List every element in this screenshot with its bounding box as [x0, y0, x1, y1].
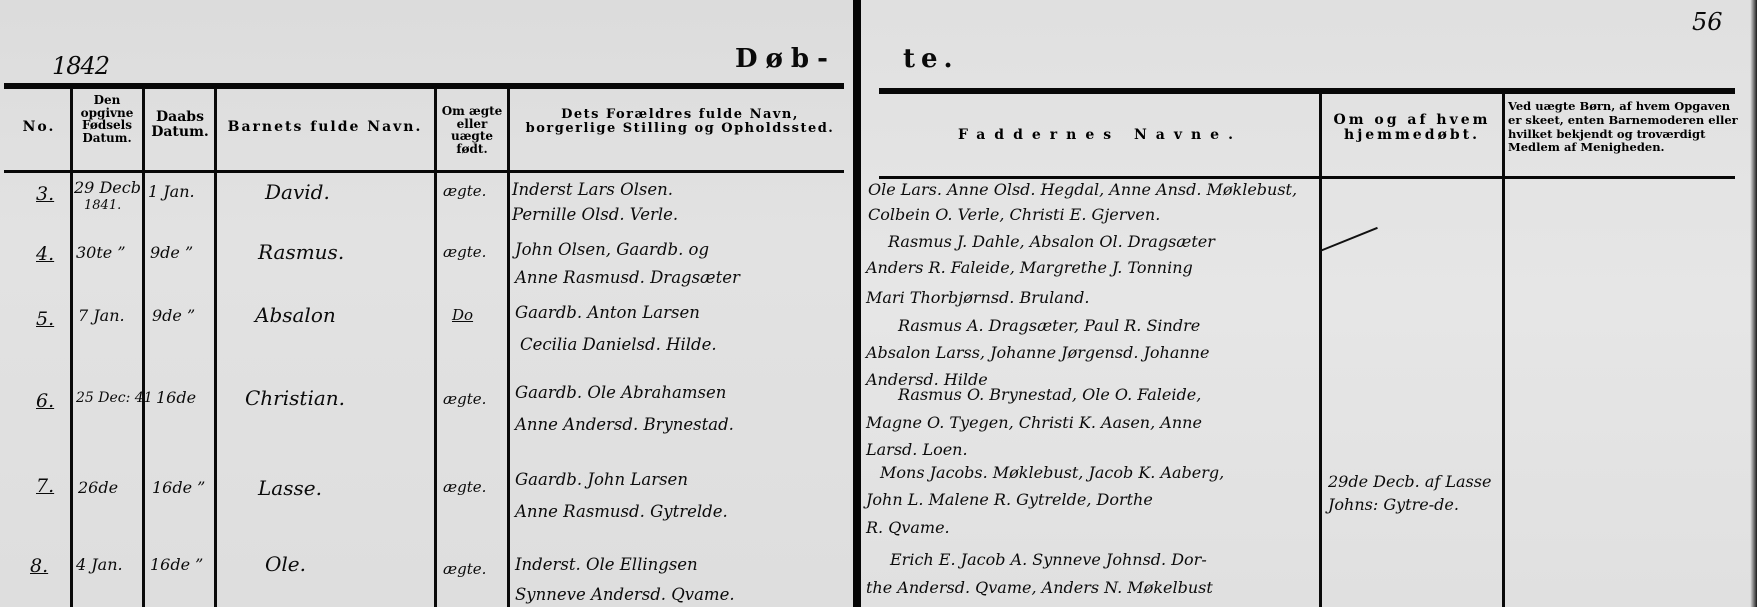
- parents-line1: Gaardb. John Larsen: [515, 470, 688, 489]
- column-divider: [70, 88, 73, 607]
- book-gutter: [853, 0, 861, 607]
- home-baptism-note: 29de Decb. af Lasse Johns: Gytre-de.: [1328, 470, 1498, 516]
- sponsors-line2: Magne O. Tyegen, Christi K. Aasen, Anne: [866, 413, 1202, 432]
- sponsors-line3: Mari Thorbjørnsd. Bruland.: [866, 288, 1089, 307]
- header-sponsors: Faddernes Navne.: [900, 128, 1300, 143]
- sponsors-line2: the Andersd. Qvame, Anders N. Møkelbust: [866, 578, 1213, 597]
- baptism-date: 16de: [156, 388, 196, 407]
- title-left-part: Døb-: [735, 44, 836, 74]
- baptism-date: 16de ”: [152, 478, 205, 497]
- header-legitimacy: Om ægte eller uægte født.: [440, 105, 504, 155]
- birth-date: 7 Jan.: [78, 306, 125, 325]
- column-divider: [507, 88, 510, 607]
- register-year: 1842: [52, 52, 109, 80]
- legitimacy: Do: [452, 306, 473, 324]
- child-name: David.: [265, 180, 330, 204]
- sponsors-line2: Anders R. Faleide, Margrethe J. Tonning: [866, 258, 1193, 277]
- sponsors-line2: Colbein O. Verle, Christi E. Gjerven.: [868, 205, 1160, 224]
- child-name: Ole.: [265, 552, 306, 576]
- entry-number: 4.: [36, 243, 54, 265]
- parents-line2: Synneve Andersd. Qvame.: [515, 585, 735, 604]
- entry-number: 7.: [36, 475, 54, 497]
- birth-date: 26de: [78, 478, 118, 497]
- header-bottom-rule-right: [879, 176, 1735, 179]
- header-baptism-date: Daabs Datum.: [150, 110, 210, 139]
- parents-line1: John Olsen, Gaardb. og: [515, 240, 709, 259]
- parents-line2: Anne Rasmusd. Gytrelde.: [515, 502, 728, 521]
- sponsors-line1: Rasmus J. Dahle, Absalon Ol. Dragsæter: [888, 232, 1215, 251]
- header-top-rule-right: [879, 88, 1735, 94]
- sponsors-line1: Ole Lars. Anne Olsd. Hegdal, Anne Ansd. …: [868, 180, 1297, 199]
- parents-line2: Cecilia Danielsd. Hilde.: [520, 335, 717, 354]
- sponsors-line1: Rasmus O. Brynestad, Ole O. Faleide,: [898, 385, 1201, 404]
- birth-date: 25 Dec: 41: [76, 390, 153, 406]
- column-divider: [1502, 92, 1505, 607]
- header-home-baptism: Om og af hvem hjemmedøbt.: [1326, 113, 1498, 142]
- baptism-date: 9de ”: [150, 243, 193, 262]
- sponsors-line2: John L. Malene R. Gytrelde, Dorthe: [866, 490, 1153, 509]
- parents-line1: Gaardb. Anton Larsen: [515, 303, 700, 322]
- child-name: Absalon: [255, 303, 336, 327]
- child-name: Rasmus.: [258, 240, 344, 264]
- header-top-rule-left: [4, 83, 844, 89]
- legitimacy: ægte.: [443, 560, 486, 578]
- header-illegitimate-note: Ved uægte Børn, af hvem Opgaven er skeet…: [1508, 100, 1738, 155]
- entry-number: 3.: [36, 183, 54, 205]
- baptism-date: 9de ”: [152, 306, 195, 325]
- child-name: Lasse.: [258, 476, 322, 500]
- column-divider: [214, 88, 217, 607]
- page-edge: [1750, 0, 1757, 607]
- title-right-part: te.: [903, 44, 959, 74]
- header-no: No.: [14, 120, 64, 135]
- entry-number: 8.: [30, 555, 48, 577]
- sponsors-line1: Erich E. Jacob A. Synneve Johnsd. Dor-: [890, 550, 1207, 569]
- sponsors-line1: Rasmus A. Dragsæter, Paul R. Sindre: [898, 316, 1200, 335]
- sponsors-line1: Mons Jacobs. Møklebust, Jacob K. Aaberg,: [880, 463, 1224, 482]
- sponsors-line3: Larsd. Loen.: [866, 440, 968, 459]
- baptism-date: 16de ”: [150, 555, 203, 574]
- header-birth-date: Den opgivne Fødsels Datum.: [76, 94, 138, 144]
- baptism-date: 1 Jan.: [148, 182, 195, 201]
- entry-number: 6.: [36, 390, 54, 412]
- birth-date: 4 Jan.: [76, 555, 123, 574]
- entry-number: 5.: [36, 308, 54, 330]
- parents-line1: Inderst. Ole Ellingsen: [515, 555, 698, 574]
- legitimacy: ægte.: [443, 182, 486, 200]
- header-parents: Dets Forældres fulde Navn, borgerlige St…: [520, 108, 840, 135]
- header-bottom-rule-left: [4, 170, 844, 173]
- child-name: Christian.: [245, 386, 345, 410]
- sponsors-line2: Absalon Larss, Johanne Jørgensd. Johanne: [866, 343, 1209, 362]
- birth-date: 30te ”: [76, 243, 126, 262]
- birth-year: 1841.: [84, 198, 121, 213]
- parents-line2: Anne Andersd. Brynestad.: [515, 415, 734, 434]
- parents-line2: Anne Rasmusd. Dragsæter: [515, 268, 740, 287]
- sponsors-line3: R. Qvame.: [866, 518, 950, 537]
- header-child-name: Barnets fulde Navn.: [220, 120, 430, 135]
- legitimacy: ægte.: [443, 390, 486, 408]
- column-divider: [1319, 92, 1322, 607]
- legitimacy: ægte.: [443, 478, 486, 496]
- legitimacy: ægte.: [443, 243, 486, 261]
- column-divider: [434, 88, 437, 607]
- page-number: 56: [1692, 8, 1723, 36]
- column-divider: [142, 88, 145, 607]
- parents-line2: Pernille Olsd. Verle.: [512, 205, 678, 224]
- birth-date: 29 Decb.: [74, 178, 146, 197]
- parents-line1: Gaardb. Ole Abrahamsen: [515, 383, 726, 402]
- parents-line1: Inderst Lars Olsen.: [512, 180, 673, 199]
